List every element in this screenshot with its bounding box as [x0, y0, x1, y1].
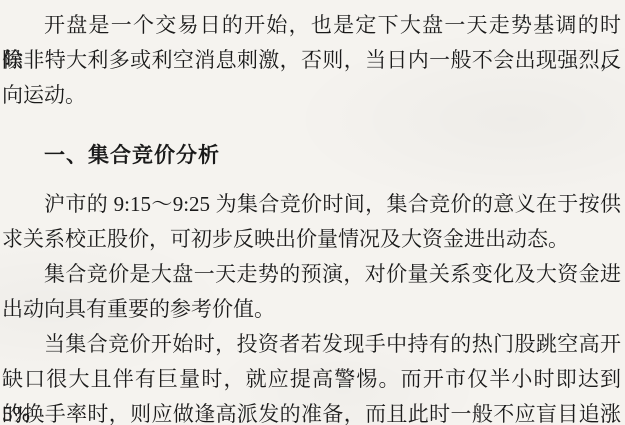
paragraph-3-line-1: 集合竞价是大盘一天走势的预演，对价量关系变化及大资金进 [2, 257, 621, 292]
paragraph-1-line-2: 除非特大利多或利空消息刺激，否则，当日内一般不会出现强烈反 [2, 43, 621, 78]
paragraph-4-line-1: 当集合竞价开始时，投资者若发现手中持有的热门股跳空高开 [2, 327, 621, 362]
section-heading: 一、集合竞价分析 [2, 138, 621, 173]
scanned-book-page: 开盘是一个交易日的开始，也是定下大盘一天走势基调的时候， 除非特大利多或利空消息… [0, 0, 625, 425]
paragraph-4-line-3: 的换手率时，则应做逢高派发的准备，而且此时一般不应盲目追涨 [2, 397, 621, 425]
paragraph-2-line-1: 沪市的 9:15～9:25 为集合竞价时间，集合竞价的意义在于按供 [2, 187, 621, 222]
paragraph-3-line-2: 出动向具有重要的参考价值。 [2, 292, 621, 327]
paragraph-2-line-2: 求关系校正股价，可初步反映出价量情况及大资金进出动态。 [2, 222, 621, 257]
paragraph-1-line-3: 向运动。 [2, 78, 621, 113]
paragraph-4-line-2: 缺口很大且伴有巨量时，就应提高警惕。而开市仅半小时即达到 5% [2, 362, 621, 397]
paragraph-1-line-1: 开盘是一个交易日的开始，也是定下大盘一天走势基调的时候， [2, 8, 621, 43]
